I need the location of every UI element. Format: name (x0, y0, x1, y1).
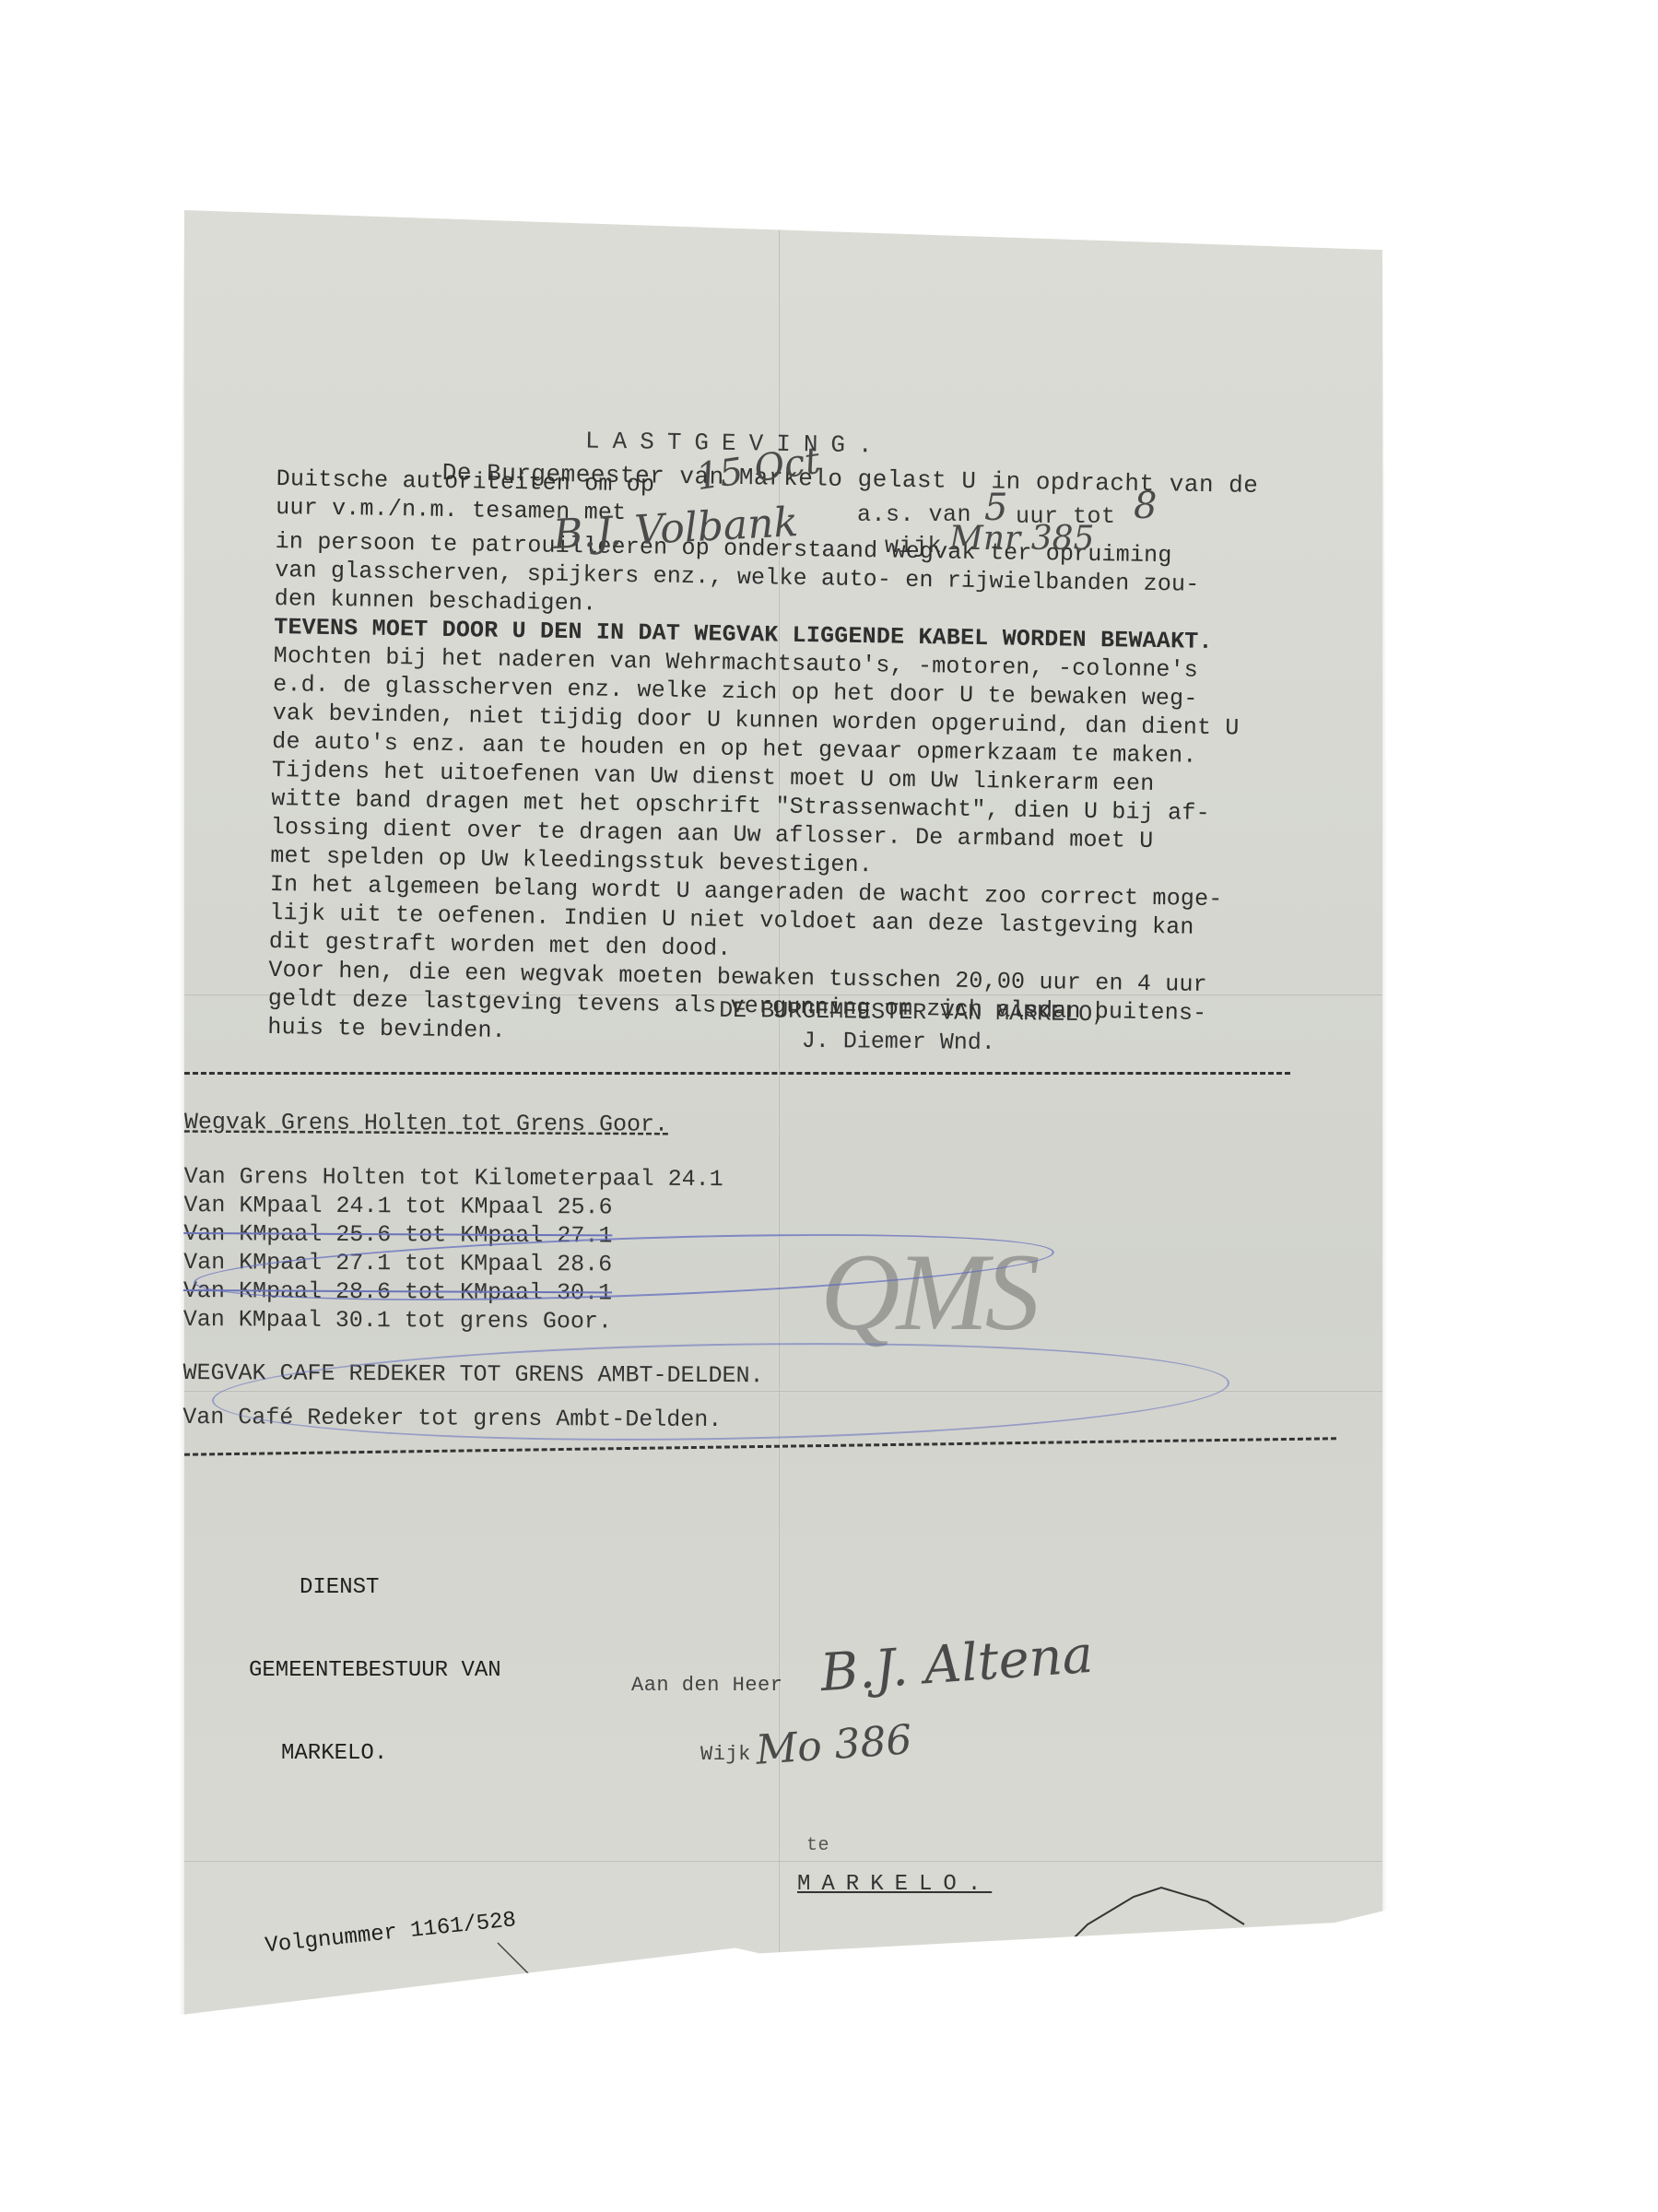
stamp-line: MARKELO. (281, 2072, 535, 2125)
to-label: te (806, 1837, 829, 1855)
sender-stamp: DIENST GEMEENTEBESTUUR VAN MARKELO. (249, 1519, 501, 1823)
route-item: Van Grens Holten tot Kilometerpaal 24.1 (184, 1162, 723, 1194)
handwritten-wijk-number: Mnr 385 (949, 520, 1094, 558)
stamp-line: GEMEENTEBESTUUR VAN (273, 1990, 526, 2043)
signature-block: DE BURGEMEESTER VAN MARKELO, J. Diemer W… (719, 996, 1107, 1059)
salutation: Aan den Heer (631, 1676, 782, 1696)
routes-heading: Wegvak Grens Holten tot Grens Goor. (184, 1109, 668, 1138)
handwritten-recipient-wijk: Mo 386 (754, 1716, 913, 1774)
sender-line: DIENST (249, 1574, 501, 1602)
recipient-wijk-label: Wijk (700, 1745, 751, 1765)
handwritten-to-hour: 8 (1134, 485, 1157, 527)
ink-circle-mark (211, 1335, 1230, 1448)
signature-office: DE BURGEMEESTER VAN MARKELO, (719, 996, 1106, 1030)
document-paper: LASTGEVING. De Burgemeester van Markelo … (184, 210, 1382, 2017)
signature-name: J. Diemer Wnd. (719, 1026, 1106, 1059)
divider-dashed (184, 1072, 1290, 1075)
horizontal-fold (184, 1860, 1382, 1863)
wijk-label: wijk (885, 535, 942, 558)
recipient-city: MARKELO. (797, 1874, 992, 1896)
route-item: Van KMpaal 24.1 tot KMpaal 25.6 (183, 1191, 723, 1222)
route-item: Van KMpaal 30.1 tot grens Goor. (183, 1305, 723, 1336)
handwritten-recipient-name: B.J. Altena (818, 1625, 1095, 1703)
divider-dashed (184, 1437, 1336, 1455)
order-body: Duitsche autoriteiten om op uur v.m./n.m… (267, 465, 1299, 1057)
serial-number: Volgnummer 1161/528 (264, 1907, 517, 1960)
serial-stamp: Volgnummer 1161/528 GEMEENTEBESTUUR VAN … (258, 1852, 541, 2181)
sender-line: MARKELO. (249, 1740, 501, 1768)
sender-line: GEMEENTEBESTUUR VAN (249, 1657, 501, 1685)
